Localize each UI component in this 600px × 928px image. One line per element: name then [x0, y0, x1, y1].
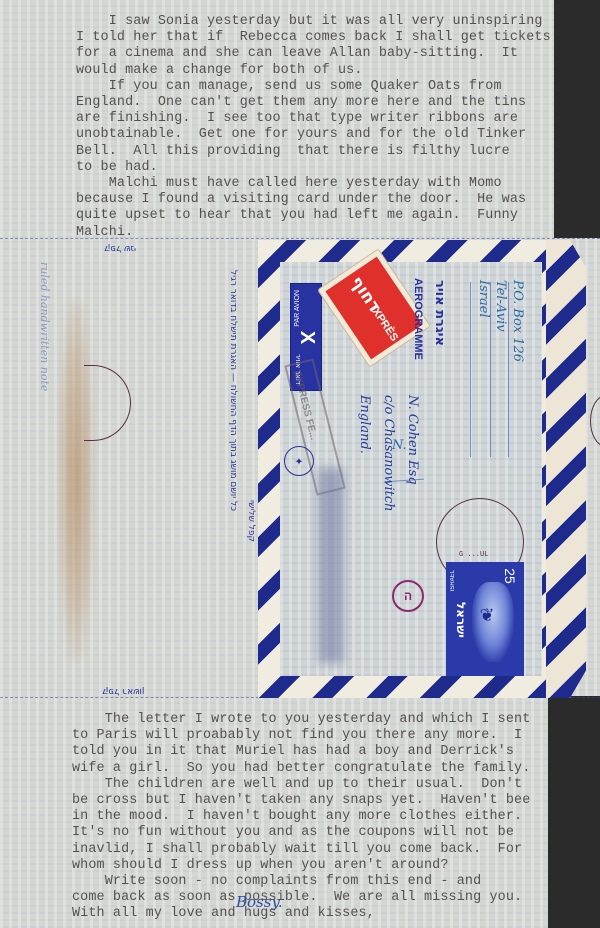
- airmail-x-icon: X: [295, 331, 318, 344]
- fold-label-first: קפל ראשון: [102, 686, 144, 696]
- signature: Bossy.: [236, 893, 283, 911]
- airmail-side-flap: [546, 240, 586, 698]
- censor-mark: ה: [392, 580, 424, 612]
- margin-handwriting: ruled handwritten note: [38, 262, 51, 391]
- fold-instructions: כל יושם מושג בתוך הדף החשולח — האגרת תיש…: [228, 270, 238, 511]
- stamp-country: ISRAEL: [450, 570, 456, 591]
- stamp-country-hebrew: ישראל: [454, 602, 468, 638]
- redacted-address: [318, 468, 344, 663]
- background: [548, 696, 600, 928]
- postage-stamp: ❦ 25 ISRAEL ישראל: [446, 562, 524, 676]
- letter-text-bottom: The letter I wrote to you yesterday and …: [72, 712, 530, 923]
- sender-address: P.O. Box 126 Tel-Aviv Israel: [475, 280, 526, 362]
- background: [554, 0, 600, 238]
- par-avion-text: PAR AVION: [294, 290, 301, 327]
- deer-logo-icon: ✦: [284, 446, 314, 476]
- aerogramme-title-hebrew: איגרת אויר: [432, 280, 447, 346]
- fold-label-third: קפל שלישי: [246, 500, 256, 542]
- paper-stain: [58, 300, 94, 660]
- deer-icon: ❦: [480, 602, 493, 628]
- express-latin: XPRÈS: [370, 306, 401, 344]
- address-rule: [470, 282, 471, 457]
- stamp-value: 25: [502, 568, 518, 584]
- letter-text-top: I saw Sonia yesterday but it was all ver…: [76, 14, 551, 241]
- fold-label-second: קפל שני: [104, 243, 136, 253]
- aerogramme-title: AEROGRAMME: [412, 278, 424, 360]
- recipient-address: N. Cohen Esq c/o Chasanowitch England.: [352, 395, 424, 511]
- postmark-text: G ...UL: [459, 551, 488, 559]
